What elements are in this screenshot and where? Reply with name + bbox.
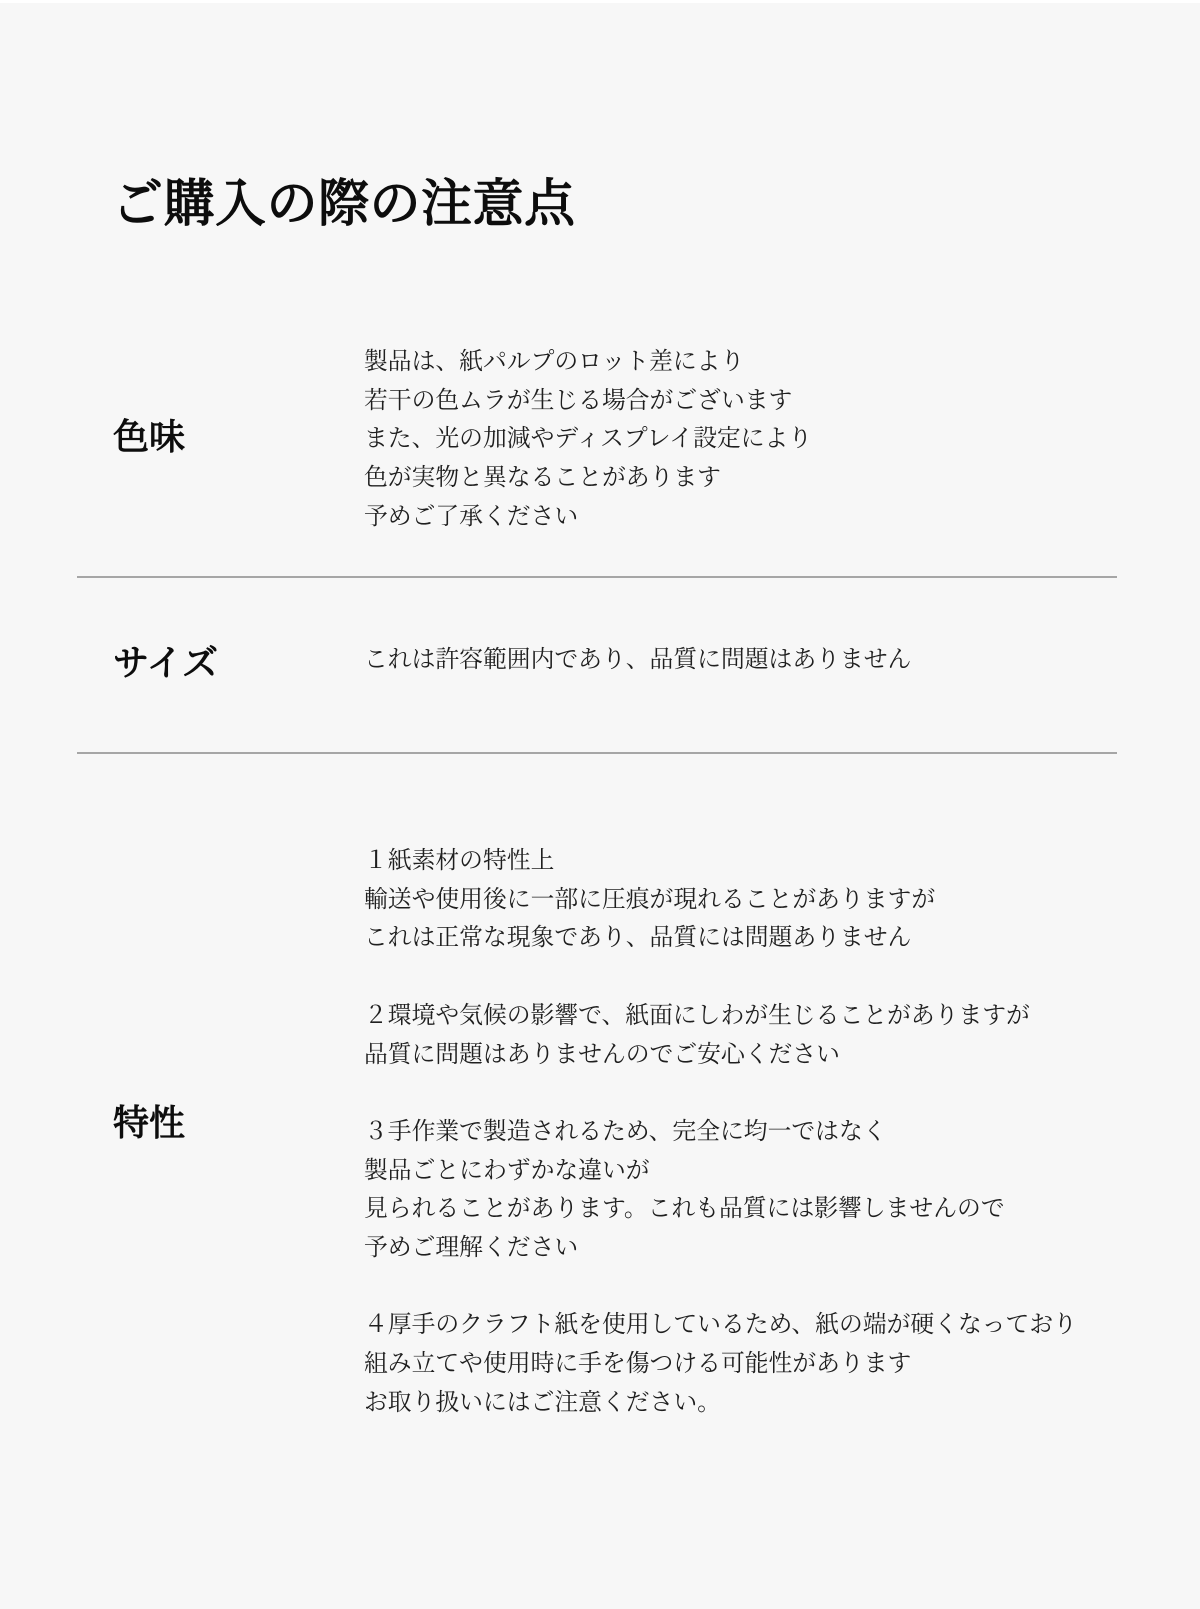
section-divider	[77, 752, 1117, 754]
text-line: これは正常な現象であり、品質には問題ありません	[364, 919, 1077, 958]
text-line: ３手作業で製造されるため、完全に均一ではなく	[364, 1113, 1077, 1152]
section-text-size: これは許容範囲内であり、品質に問題はありません	[364, 641, 911, 680]
text-line: これは許容範囲内であり、品質に問題はありません	[364, 641, 911, 680]
text-line: お取り扱いにはご注意ください。	[364, 1384, 1077, 1423]
text-line: また、光の加減やディスプレイ設定により	[364, 420, 812, 459]
section-label-trait: 特性	[113, 1105, 185, 1141]
top-edge-strip	[0, 0, 1200, 3]
text-line: 見られることがあります。これも品質には影響しませんので	[364, 1190, 1077, 1229]
text-line: 若干の色ムラが生じる場合がございます	[364, 382, 812, 421]
text-line: 組み立てや使用時に手を傷つける可能性があります	[364, 1345, 1077, 1384]
text-line: １紙素材の特性上	[364, 842, 1077, 881]
section-divider	[77, 576, 1117, 578]
text-line: 色が実物と異なることがあります	[364, 459, 812, 498]
blank-line	[364, 1268, 1077, 1307]
section-label-color: 色味	[113, 419, 185, 455]
blank-line	[364, 958, 1077, 997]
page-title: ご購入の際の注意点	[112, 178, 576, 229]
purchase-notes-page: ご購入の際の注意点 色味 製品は、紙パルプのロット差により 若干の色ムラが生じる…	[0, 0, 1200, 1609]
text-line: 予めご理解ください	[364, 1229, 1077, 1268]
text-line: ２環境や気候の影響で、紙面にしわが生じることがありますが	[364, 997, 1077, 1036]
blank-line	[364, 1074, 1077, 1113]
section-text-trait: １紙素材の特性上 輸送や使用後に一部に圧痕が現れることがありますが これは正常な…	[364, 842, 1077, 1423]
text-line: 輸送や使用後に一部に圧痕が現れることがありますが	[364, 881, 1077, 920]
text-line: 品質に問題はありませんのでご安心ください	[364, 1036, 1077, 1075]
section-text-color: 製品は、紙パルプのロット差により 若干の色ムラが生じる場合がございます また、光…	[364, 343, 812, 537]
section-label-size: サイズ	[113, 645, 218, 681]
text-line: 予めご了承ください	[364, 498, 812, 537]
text-line: 製品は、紙パルプのロット差により	[364, 343, 812, 382]
text-line: ４厚手のクラフト紙を使用しているため、紙の端が硬くなっており	[364, 1306, 1077, 1345]
text-line: 製品ごとにわずかな違いが	[364, 1152, 1077, 1191]
